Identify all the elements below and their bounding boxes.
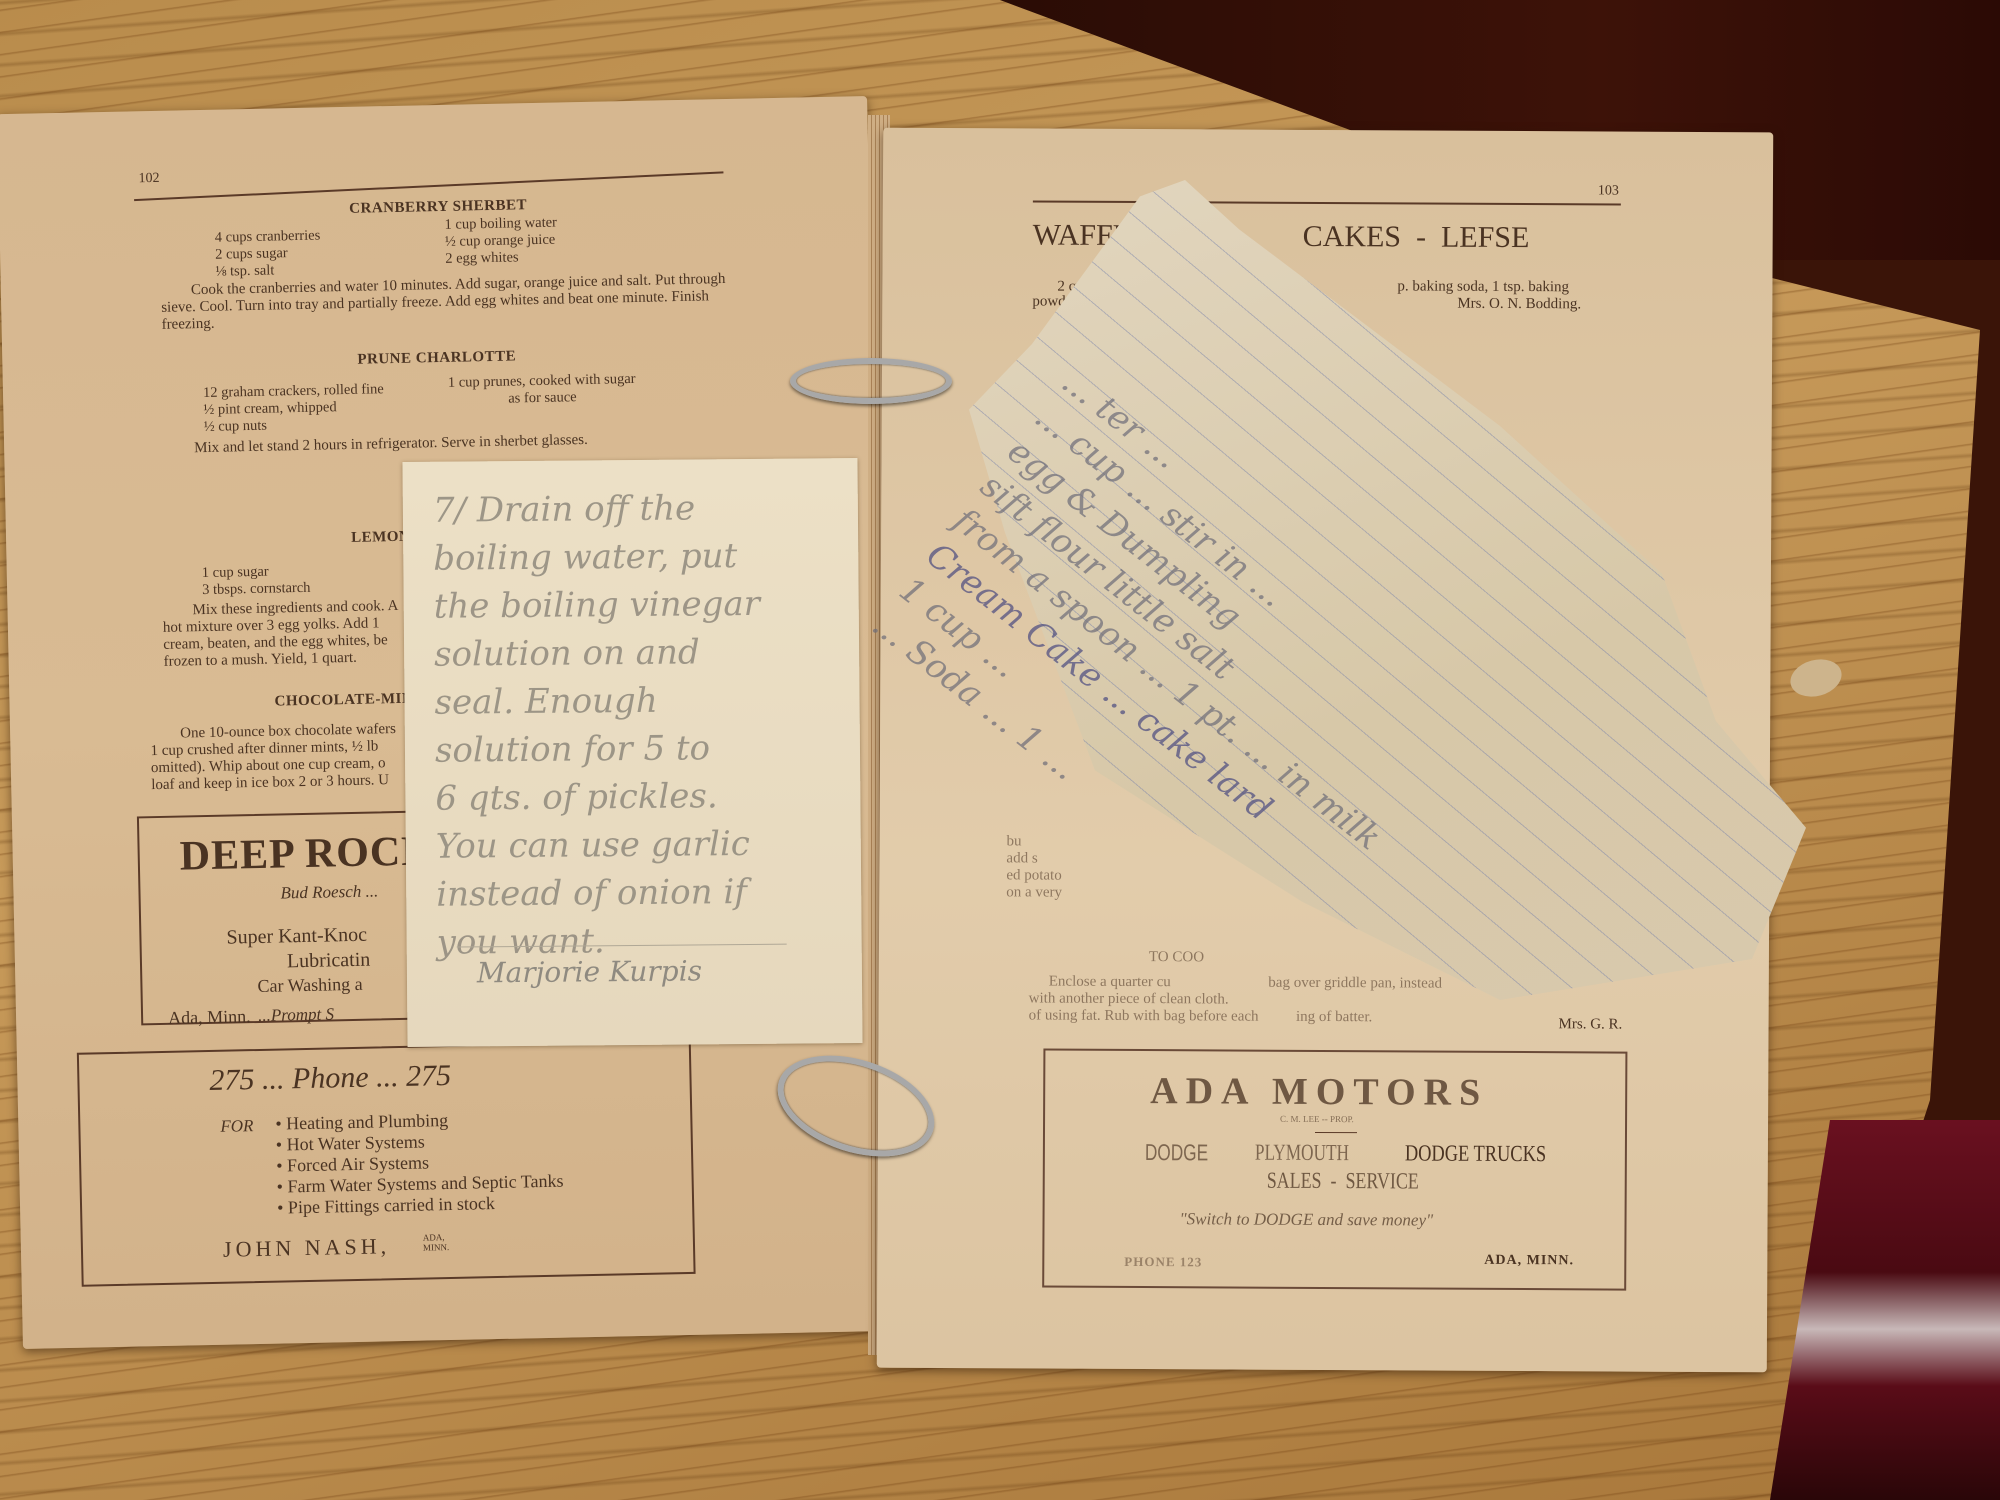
ad-name: DEEP ROCK (179, 827, 435, 880)
ad-line: Car Washing a (257, 974, 363, 997)
ad-slogan: "Switch to DODGE and save money" (1179, 1209, 1433, 1230)
text-fragment: add s (1006, 850, 1037, 867)
ad-brand: PLYMOUTH (1255, 1140, 1349, 1166)
ad-services-list: • Heating and Plumbing • Hot Water Syste… (275, 1108, 564, 1219)
ad-brand: DODGE TRUCKS (1405, 1140, 1546, 1167)
ad-headline: 275 ... Phone ... 275 (209, 1059, 451, 1098)
text-fragment: p. baking soda, 1 tsp. baking (1397, 278, 1569, 296)
recipe-directions: Mix and let stand 2 hours in refrigerato… (194, 432, 588, 457)
recipe-directions: Cook the cranberries and water 10 minute… (161, 271, 732, 334)
text-fragment: ed potato (1006, 867, 1061, 884)
ad-line: Lubricatin (287, 949, 371, 974)
text-fragment: on a very (1006, 884, 1062, 901)
ad-location: ADA, MINN. (1484, 1253, 1574, 1269)
binder-ring-top (790, 358, 952, 404)
ad-footer-right: ...Prompt S (258, 1004, 334, 1026)
recipe-directions: One 10-ounce box chocolate wafers1 cup c… (150, 720, 433, 794)
ingredients-left: 1 cup sugar3 tbsps. cornstarch (202, 563, 311, 599)
ingredients-left: 12 graham crackers, rolled fine½ pint cr… (203, 381, 385, 436)
ingredients-right: 1 cup boiling water½ cup orange juice2 e… (444, 215, 557, 268)
recipe-directions: Mix these ingredients and cook. Ahot mix… (162, 597, 433, 671)
page-number-left: 102 (138, 171, 159, 187)
ad-brand: DODGE (1145, 1139, 1208, 1166)
text-fragment: bu (1006, 833, 1021, 850)
handwritten-text: 7/ Drain off the boiling water, put the … (433, 483, 847, 967)
john-nash-ad: 275 ... Phone ... 275 FOR • Heating and … (77, 1040, 696, 1287)
signature: Marjorie Kurpis (477, 954, 702, 989)
header-rule (134, 171, 723, 201)
page-number-right: 103 (1598, 183, 1619, 199)
header-rule (1033, 200, 1621, 205)
ad-footer-left: Ada, Minn. (168, 1006, 251, 1029)
ad-rule (1315, 1132, 1357, 1133)
ad-services: SALES - SERVICE (1267, 1168, 1419, 1195)
recipe-title: CHOCOLATE-MINT (274, 690, 424, 710)
ad-subtitle: Bud Roesch ... (280, 881, 378, 903)
ad-for-label: FOR (220, 1116, 253, 1137)
ad-location: ADA,MINN. (423, 1232, 450, 1253)
to-cook-heading: TO COO (1149, 949, 1204, 966)
handwritten-recipe-card: 7/ Drain off the boiling water, put the … (402, 458, 862, 1047)
ad-line: Super Kant-Knoc (226, 924, 367, 950)
to-cook-author: Mrs. G. R. (1559, 1016, 1623, 1033)
ad-proprietor: C. M. LEE -- PROP. (1280, 1114, 1354, 1124)
ad-phone: PHONE 123 (1124, 1254, 1202, 1270)
ada-motors-ad: ADA MOTORS C. M. LEE -- PROP. DODGE PLYM… (1042, 1049, 1627, 1291)
chapter-title-right: CAKES - LEFSE (1303, 220, 1530, 255)
ingredients-left: 4 cups cranberries2 cups sugar⅛ tsp. sal… (215, 228, 322, 281)
ad-name: ADA MOTORS (1150, 1069, 1488, 1115)
ingredients-right: 1 cup prunes, cooked with sugaras for sa… (448, 371, 636, 409)
ad-business-name: JOHN NASH, (223, 1233, 391, 1262)
text-fragment: Mrs. O. N. Bodding. (1457, 296, 1581, 314)
recipe-title: PRUNE CHARLOTTE (357, 348, 516, 368)
